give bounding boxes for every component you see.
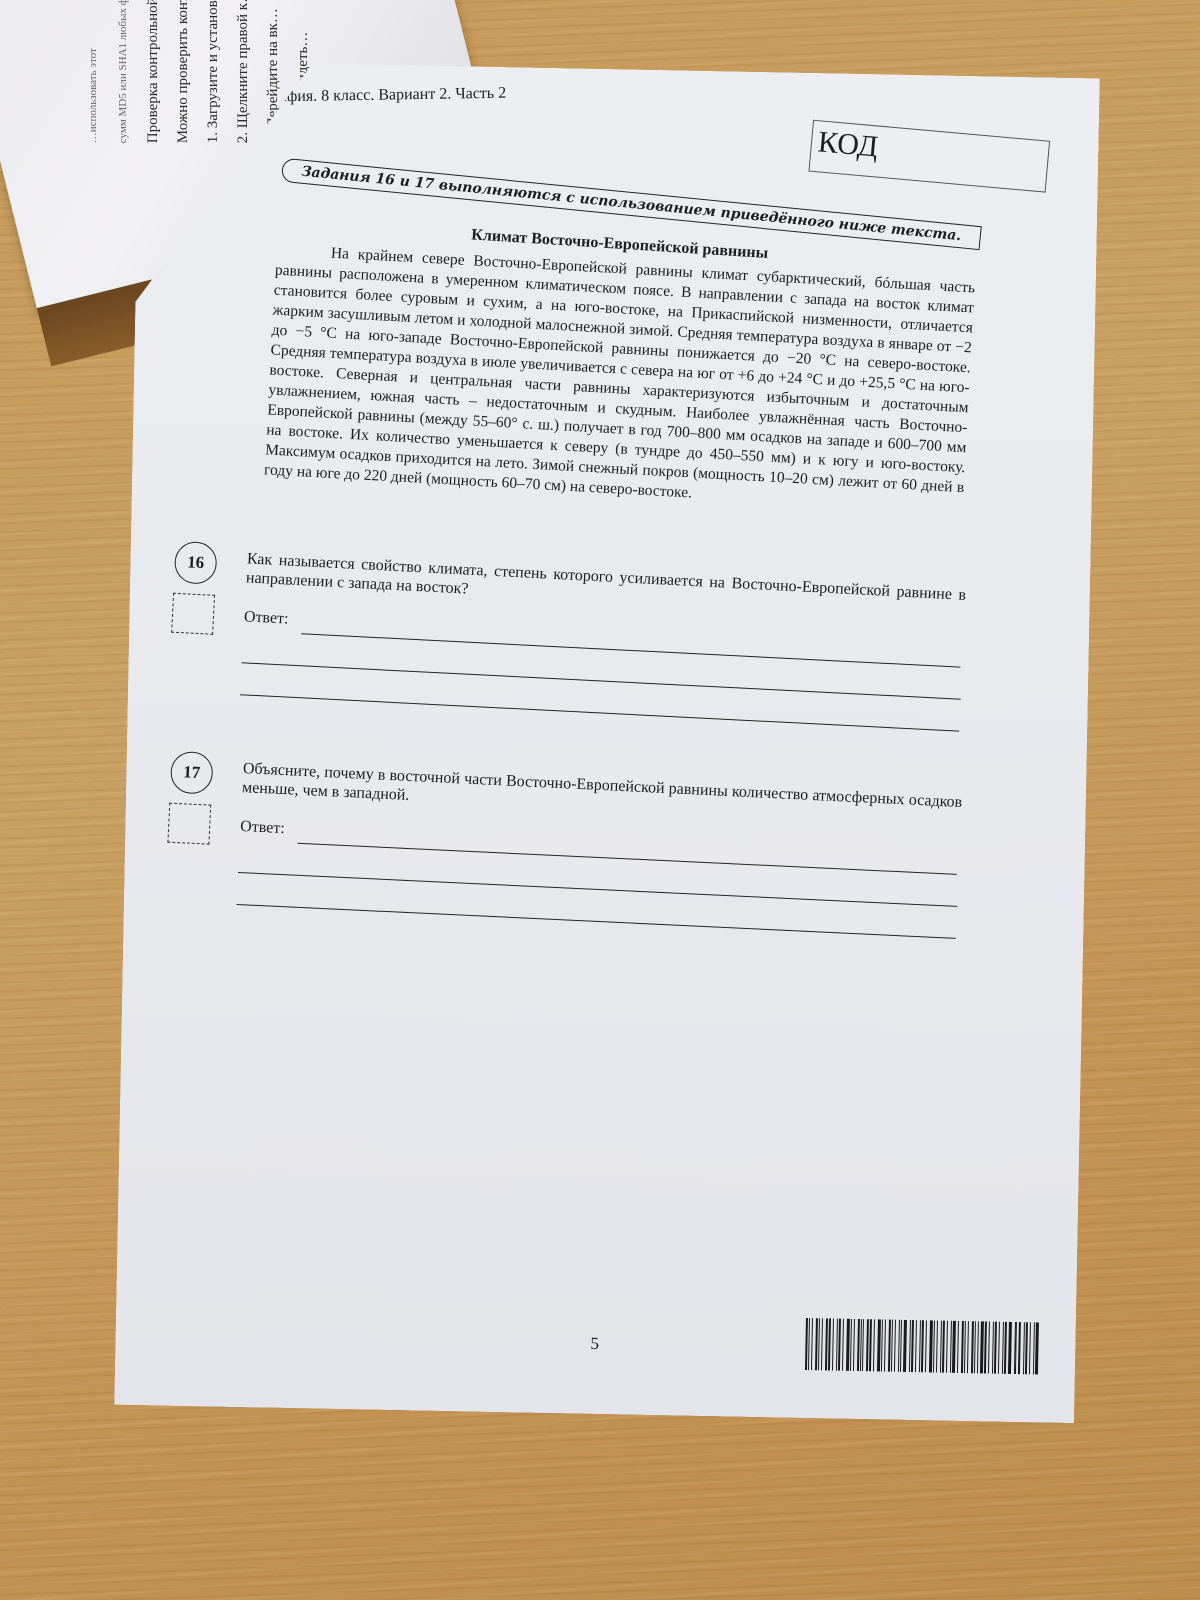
barcode-bar (900, 1320, 903, 1372)
task-number-badge: 17 (170, 751, 214, 795)
barcode-bar (881, 1319, 883, 1371)
barcode-bar (1008, 1322, 1012, 1374)
barcode-bar (808, 1318, 810, 1370)
barcode-bar (862, 1319, 864, 1371)
barcode-bar (842, 1319, 844, 1371)
task-number-badge: 16 (174, 541, 218, 585)
barcode-bar (998, 1322, 1000, 1374)
barcode-bar (903, 1320, 907, 1372)
answer-line[interactable] (237, 904, 956, 939)
barcode-bar (957, 1321, 959, 1373)
answer-line[interactable] (238, 872, 957, 907)
barcode-bar (1029, 1322, 1031, 1374)
barcode-bar (838, 1319, 841, 1371)
barcode-bar (1015, 1322, 1017, 1374)
answer-line[interactable] (242, 662, 961, 699)
barcode-bar (869, 1319, 872, 1371)
barcode-bar (828, 1318, 831, 1370)
barcode-bar (933, 1320, 935, 1372)
barcode-bar (942, 1321, 945, 1373)
barcode-bar (850, 1319, 852, 1371)
barcode-bar (811, 1318, 813, 1370)
barcode-bar (921, 1320, 924, 1372)
barcode-bar (984, 1321, 987, 1373)
barcode-bar (860, 1319, 862, 1371)
barcode-bar (832, 1319, 834, 1371)
answer-line[interactable] (240, 694, 959, 731)
booklet-line: сумм MD5 или SHA1 любых файлов. (108, 0, 138, 143)
answer-line[interactable] (298, 843, 957, 875)
text-body: На крайнем севере Восточно-Европейской р… (264, 241, 976, 519)
barcode-bar (884, 1320, 886, 1372)
barcode-bar (818, 1318, 820, 1370)
answer-line[interactable] (301, 633, 960, 667)
score-box[interactable] (171, 593, 215, 635)
answer-label: Ответ: (244, 608, 289, 628)
exam-page: …и. География. 8 класс. Вариант 2. Часть… (114, 60, 1100, 1423)
barcode (805, 1318, 1041, 1375)
barcode-bar (974, 1321, 976, 1373)
answer-label: Ответ: (240, 818, 285, 838)
barcode-bar (821, 1318, 823, 1370)
booklet-line: 2. Щелкните правой к… (228, 0, 258, 143)
barcode-bar (988, 1322, 990, 1374)
booklet-line: …использовать этот (78, 0, 108, 143)
barcode-bar (894, 1320, 896, 1372)
barcode-bar (1004, 1322, 1007, 1374)
score-box[interactable] (167, 803, 211, 845)
page-number: 5 (590, 1334, 599, 1354)
barcode-bar (936, 1321, 938, 1373)
barcode-bar (946, 1321, 948, 1373)
barcode-bar (853, 1319, 855, 1371)
barcode-bar (964, 1321, 966, 1373)
barcode-bar (915, 1320, 917, 1372)
task-question: Объясните, почему в восточной части Вост… (242, 759, 963, 831)
task-question: Как называется свойство климата, степень… (246, 549, 967, 623)
barcode-bar (1018, 1322, 1021, 1374)
task-16: 16 Как называется свойство климата, степ… (176, 541, 975, 581)
booklet-line: Можно проверить контрольную… (168, 0, 198, 143)
task-17: 17 Объясните, почему в восточной части В… (172, 751, 971, 789)
barcode-bar (994, 1322, 997, 1374)
booklet-line: Проверка контрольной суммы с пом… (138, 0, 168, 143)
barcode-bar (967, 1321, 969, 1373)
barcode-bar (976, 1321, 978, 1373)
booklet-line: 1. Загрузите и установите… (198, 0, 228, 143)
barcode-bar (1025, 1322, 1028, 1374)
barcode-bar (952, 1321, 956, 1373)
barcode-bar (891, 1320, 893, 1372)
barcode-bar (873, 1319, 875, 1371)
barcode-bar (911, 1320, 914, 1372)
code-field[interactable]: КОД (808, 120, 1050, 193)
barcode-bar (925, 1320, 927, 1372)
barcode-bar (1035, 1322, 1039, 1374)
